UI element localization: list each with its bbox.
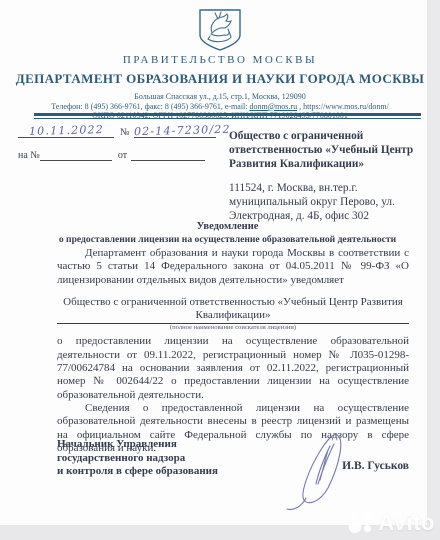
subject-title: Уведомление (34, 221, 421, 233)
number-sign: № (114, 127, 134, 138)
handwritten-number: 02-14-7230/22 (133, 123, 230, 139)
scanned-letter-page: ПРАВИТЕЛЬСТВО МОСКВЫ ДЕПАРТАМЕНТ ОБРАЗОВ… (0, 0, 440, 540)
avito-logo-icon (348, 511, 376, 535)
reference-block: 10.11.2022 № 02-14-7230/22 на № от (18, 124, 223, 170)
government-title: ПРАВИТЕЛЬСТВО МОСКВЫ (0, 54, 440, 66)
reply-to-row: на № от (18, 147, 223, 161)
recipient-name: Общество с ограниченной ответственностью… (229, 129, 429, 171)
reply-date-label: от (112, 150, 131, 161)
recipient-block: Общество с ограниченной ответственностью… (229, 129, 429, 223)
letterhead: ПРАВИТЕЛЬСТВО МОСКВЫ ДЕПАРТАМЕНТ ОБРАЗОВ… (0, 0, 440, 121)
licensee-name: Общество с ограниченной ответственностью… (57, 296, 409, 325)
outgoing-row: 10.11.2022 № 02-14-7230/22 (18, 124, 223, 138)
photo-edge-right (427, 0, 440, 540)
postal-address: Большая Спасская ул., д.15, стр.1, Москв… (0, 92, 440, 102)
paragraph-legal-basis: Департамент образования и науки города М… (57, 247, 409, 287)
avito-watermark-text: Avito (378, 510, 435, 536)
recipient-address: 111524, г. Москва, вн.тер.г. муниципальн… (229, 181, 429, 223)
signatory-name: И.В. Гуськов (342, 460, 409, 472)
number-line: 02-14-7230/22 (134, 124, 216, 138)
licensee-caption: (полное наименование соискателя лицензии… (57, 324, 409, 332)
phone-email-line: Телефон: 8 (495) 366-9761, факс: 8 (495)… (0, 102, 440, 112)
moscow-coat-of-arms-icon (198, 9, 242, 51)
letter-body: Департамент образования и науки города М… (57, 247, 409, 455)
handwritten-date: 10.11.2022 (28, 123, 103, 138)
avito-watermark: Avito (348, 510, 435, 536)
reply-number-label: на № (18, 150, 40, 161)
reply-date-line (131, 147, 205, 161)
subject-heading: Уведомление о предоставлении лицензии на… (34, 221, 421, 245)
signature-block: Начальник Управления государственного на… (57, 438, 409, 479)
paragraph-license-details: о предоставлении лицензии на осуществлен… (57, 335, 409, 401)
email-link: donm@mos.ru (249, 102, 297, 111)
date-line: 10.11.2022 (18, 124, 114, 138)
reply-number-line (40, 147, 112, 161)
subject-subtitle: о предоставлении лицензии на осуществлен… (34, 234, 421, 245)
letterhead-divider (34, 113, 421, 119)
department-title: ДЕПАРТАМЕНТ ОБРАЗОВАНИЯ И НАУКИ ГОРОДА М… (0, 71, 440, 87)
